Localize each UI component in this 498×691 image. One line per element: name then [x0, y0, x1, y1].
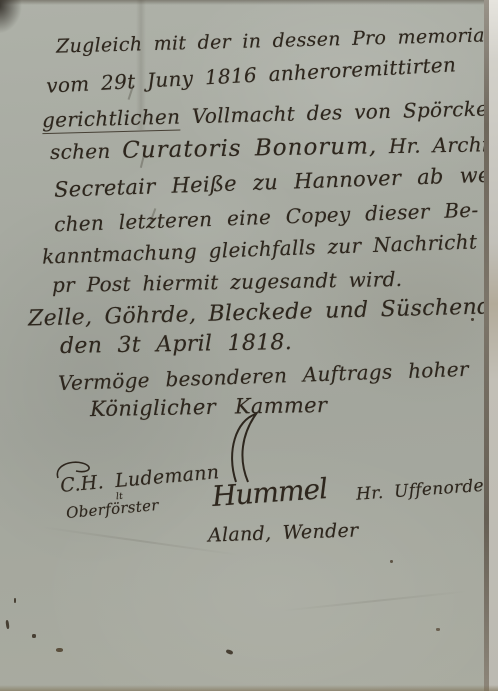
ink-speck: [390, 560, 393, 563]
underlined-word: gerichtlichen: [42, 104, 181, 134]
place-line: Zelle, Göhrde, Bleckede und Süschendorf: [28, 294, 498, 332]
page-bottom-shadow: [0, 685, 498, 691]
date-line: den 3t April 1818.: [60, 330, 292, 359]
body-line-3-rest: [180, 104, 192, 128]
manuscript-page: Zugleich mit der in dessen Pro memoria v…: [0, 0, 498, 691]
signature-center-name: Hummel: [211, 472, 328, 513]
authority-line-1: Vermöge besonderen Auftrags hoher: [58, 357, 469, 395]
ink-speck: [5, 620, 9, 629]
top-left-corner-smudge: [0, 0, 24, 36]
body-line-4-post: Hr. Archiv-: [389, 132, 498, 158]
body-line-7: kanntmachung gleichfalls zur Nachricht: [42, 229, 478, 268]
authority-line-2: Königlicher Kammer: [90, 393, 328, 421]
ink-speck: [32, 634, 36, 638]
body-line-4: schen Curatoris Bonorum, Hr. Archiv-: [50, 131, 498, 165]
page-top-shadow: [0, 0, 498, 5]
ink-speck: [14, 598, 16, 603]
signature-left-title: Oberförster: [65, 496, 159, 522]
body-line-5: Secretair Heiße zu Hannover ab wel-: [54, 162, 498, 202]
signature-right-name: Hr. Uffenordes: [355, 475, 493, 505]
ink-speck: [471, 318, 474, 321]
spacer: [110, 139, 122, 163]
diagonal-crease: [280, 590, 469, 612]
flourish-stroke: [232, 414, 256, 482]
body-line-1: Zugleich mit der in dessen Pro memoria: [56, 24, 485, 57]
ink-speck: [226, 649, 234, 655]
ink-speck: [56, 648, 63, 652]
signature-center-second: Aland, Wender: [208, 519, 359, 546]
body-line-8: pr Post hiermit zugesandt wird.: [52, 267, 403, 297]
body-line-4-pre: schen: [50, 139, 111, 164]
ink-speck: [436, 628, 440, 631]
latin-phrase: Curatoris Bonorum,: [122, 133, 377, 163]
signature-flourish-center: [222, 412, 266, 484]
body-line-3-text: Vollmacht des von Spörcken-: [192, 96, 498, 128]
spacer: [377, 134, 389, 158]
body-line-3: gerichtlichen Vollmacht des von Spörcken…: [42, 96, 498, 132]
body-line-2: vom 29t Juny 1816 anheroremittirten: [46, 52, 457, 97]
adjacent-page-edge: [489, 0, 498, 691]
